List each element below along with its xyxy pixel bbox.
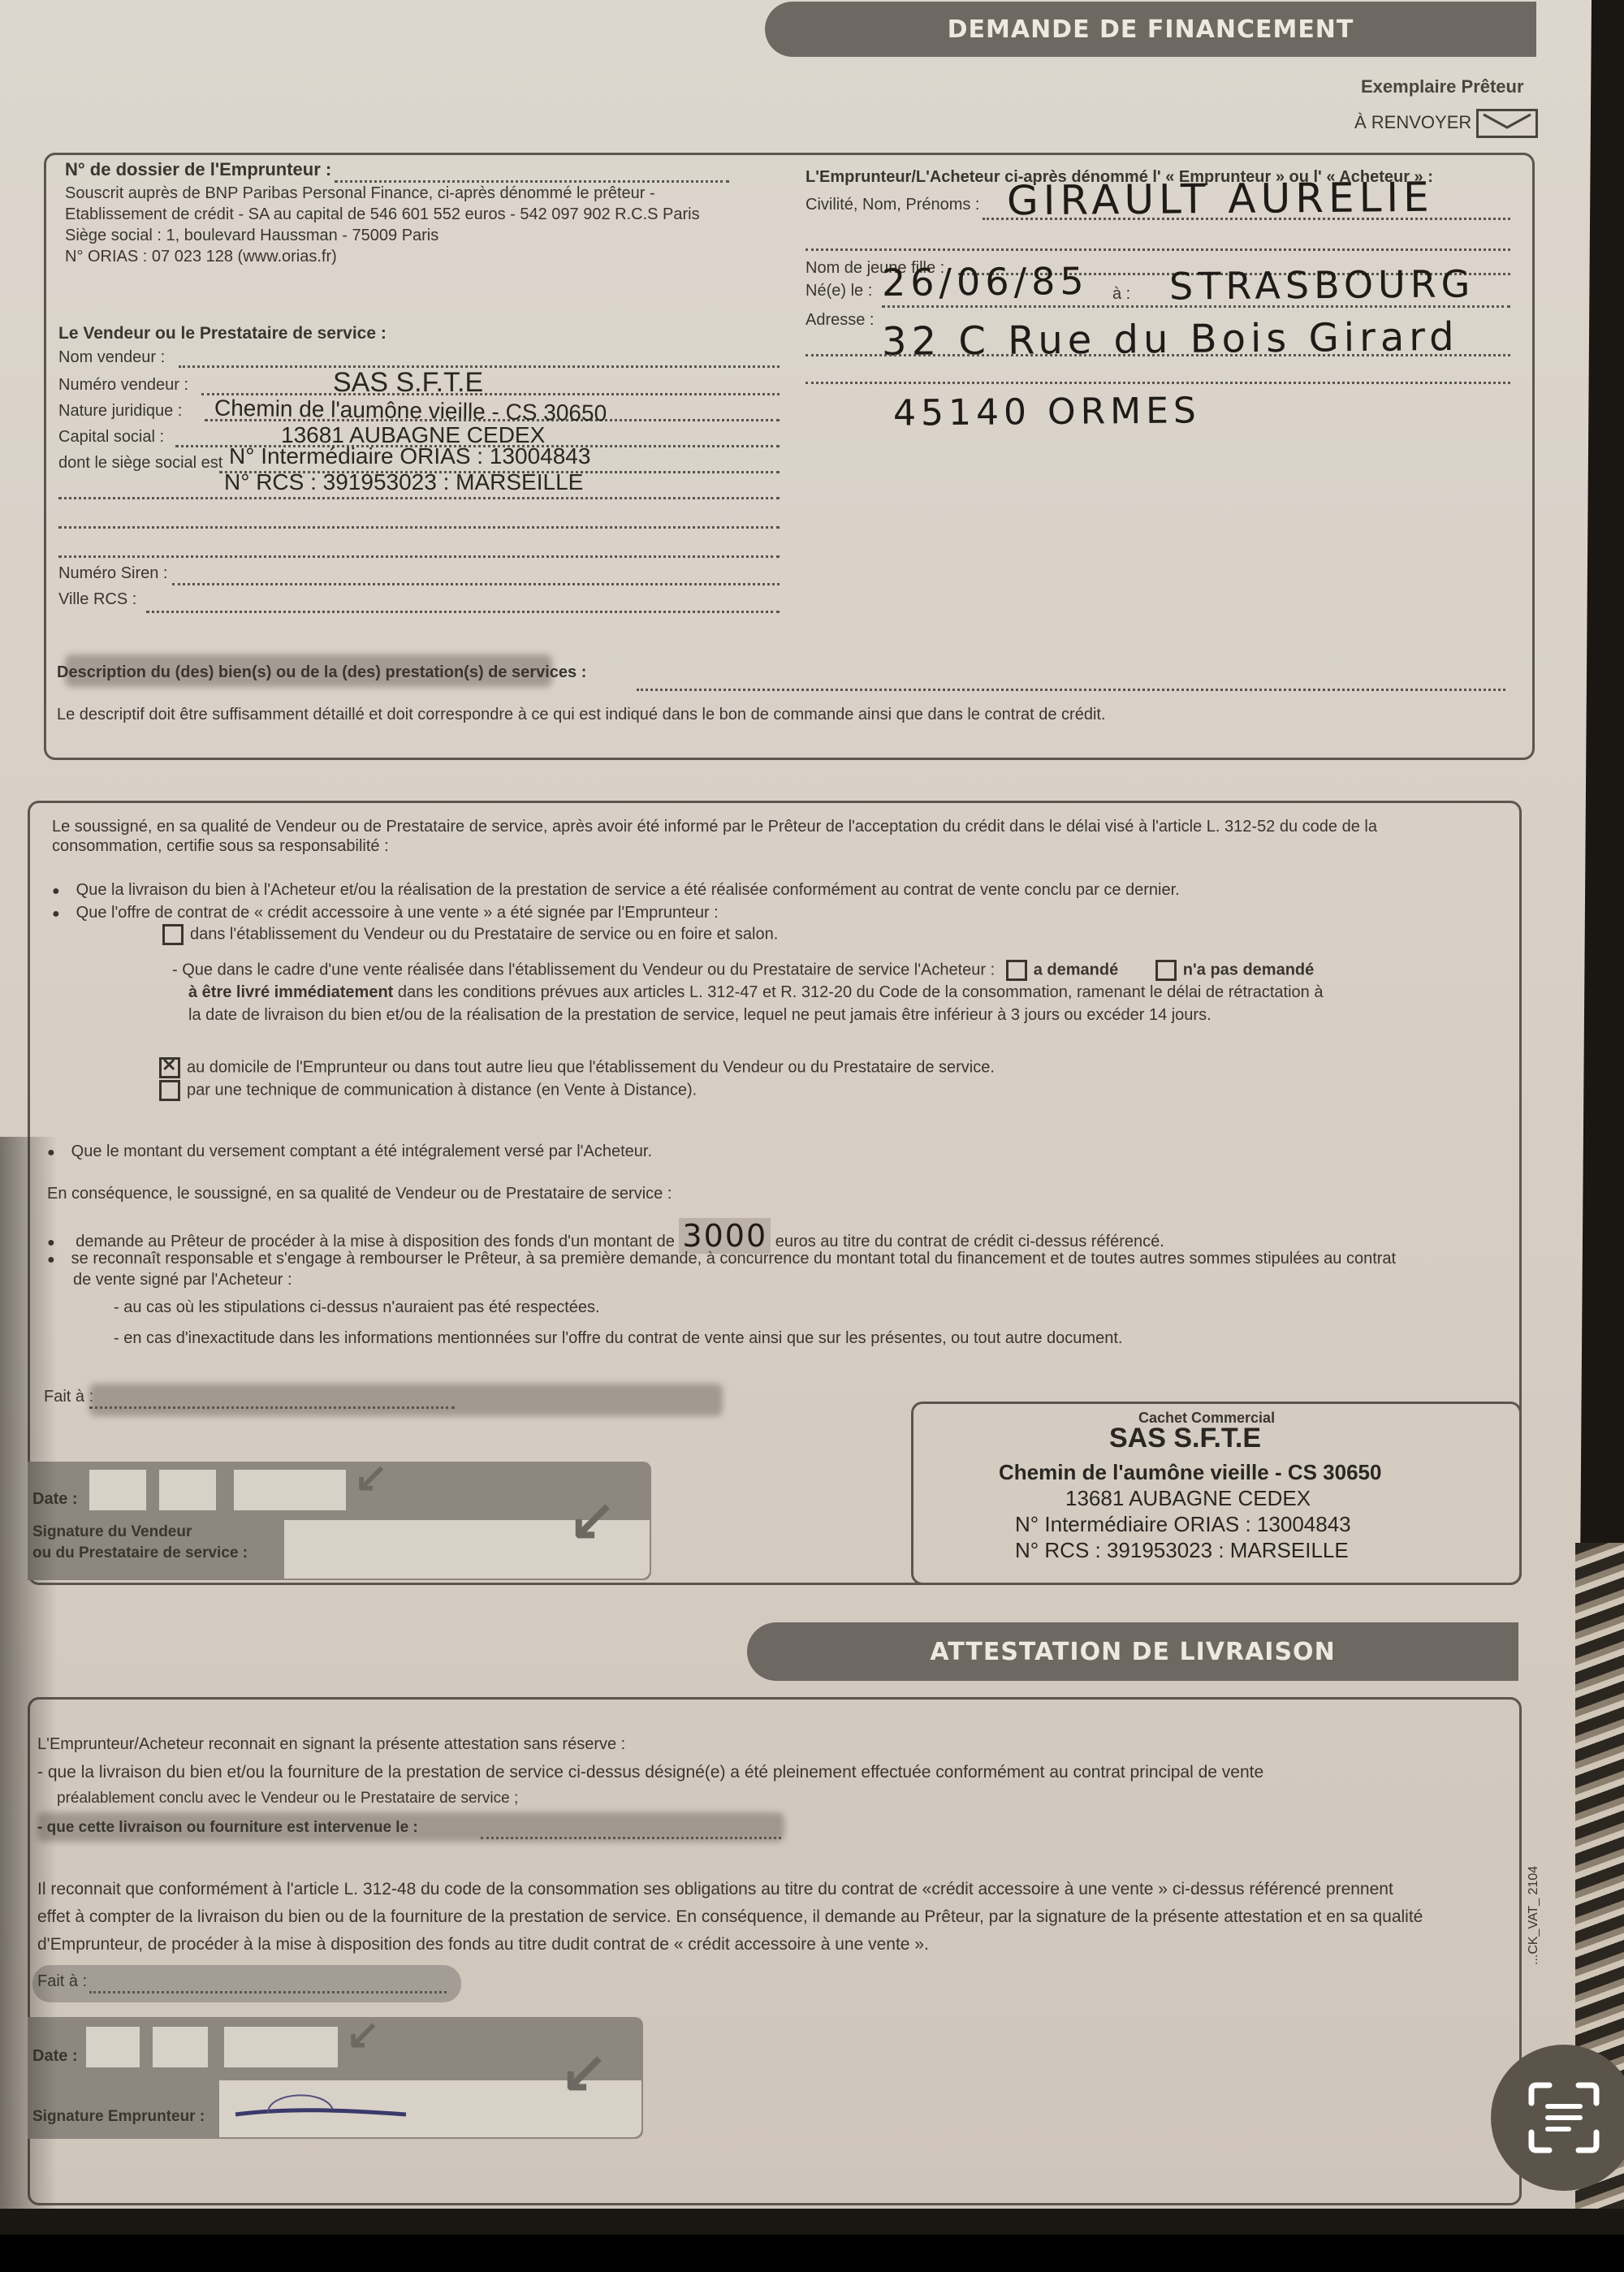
sub-line-3: la date de livraison du bien et/ou de la… <box>188 1005 1212 1025</box>
description-field[interactable] <box>637 689 1505 691</box>
dossier-label: N° de dossier de l'Emprunteur : <box>65 159 331 180</box>
birth-place-value[interactable]: STRASBOURG <box>1169 261 1475 308</box>
seller-date-month[interactable] <box>159 1470 216 1510</box>
option-domicile: au domicile de l'Emprunteur ou dans tout… <box>159 1057 995 1078</box>
siren-field[interactable] <box>172 583 780 585</box>
lender-line-1: Souscrit auprès de BNP Paribas Personal … <box>65 184 655 203</box>
lender-line-2: Etablissement de crédit - SA au capital … <box>65 205 700 224</box>
born-place-separator: à : <box>1112 284 1130 304</box>
seller-field-label-3: Capital social : <box>58 427 164 447</box>
cert-intro-2: consommation, certifie sous sa responsab… <box>52 836 389 856</box>
address-line-1-value[interactable]: 32 C Rue du Bois Girard <box>882 314 1459 365</box>
attestation-title: ATTESTATION DE LIVRAISON <box>930 1638 1335 1666</box>
address-line-2 <box>806 382 1510 384</box>
attestation-para-1: Il reconnait que conformément à l'articl… <box>37 1879 1393 1899</box>
checkbox-na-pas-demande[interactable] <box>1155 960 1177 981</box>
shadow <box>0 1137 57 2209</box>
arrow-icon: ↙ <box>560 2038 608 2105</box>
borrower-date-month[interactable] <box>153 2027 208 2067</box>
seller-line-7 <box>58 555 780 558</box>
redaction-blur-2 <box>89 1384 723 1416</box>
return-text: À RENVOYER <box>1354 112 1471 132</box>
attestation-para-3: d'Emprunteur, de procéder à la mise à di… <box>37 1934 929 1955</box>
document-title: DEMANDE DE FINANCEMENT <box>948 15 1354 44</box>
arrow-icon: ↙ <box>568 1486 616 1553</box>
description-label: Description du (des) bien(s) ou de la (d… <box>57 663 586 682</box>
stamp-line-1: Chemin de l'aumône vieille - CS 30650 <box>999 1460 1381 1485</box>
cert-bullet-1: Que la livraison du bien à l'Acheteur et… <box>52 880 1180 900</box>
consequence-text: En conséquence, le soussigné, en sa qual… <box>47 1184 672 1203</box>
borrower-sig-label: Signature Emprunteur : <box>32 2108 205 2127</box>
attestation-line-2: - que cette livraison ou fourniture est … <box>37 1819 418 1838</box>
case-2: - en cas d'inexactitude dans les informa… <box>114 1328 1122 1348</box>
copy-label: Exemplaire Prêteur <box>1361 76 1524 97</box>
seller-sig-label-2: ou du Prestataire de service : <box>32 1544 248 1563</box>
amount-prefix: demande au Prêteur de procéder à la mise… <box>76 1233 675 1250</box>
stamp-line-3: N° Intermédiaire ORIAS : 13004843 <box>1015 1512 1351 1537</box>
envelope-icon <box>1476 109 1538 138</box>
sub-line-2-bold: à être livré immédiatement <box>188 983 393 1001</box>
name-label: Civilité, Nom, Prénoms : <box>806 195 980 214</box>
delivery-date-field[interactable] <box>481 1837 781 1839</box>
option-distance-label: par une technique de communication à dis… <box>187 1081 697 1099</box>
sub-line-2-text: dans les conditions prévues aux articles… <box>398 983 1324 1001</box>
attestation-line-1b: préalablement conclu avec le Vendeur ou … <box>57 1790 518 1808</box>
checkbox-domicile[interactable] <box>159 1057 180 1078</box>
ville-rcs-label: Ville RCS : <box>58 590 136 609</box>
address-line-1 <box>806 354 1510 356</box>
seller-heading: Le Vendeur ou le Prestataire de service … <box>58 323 387 343</box>
a-demande-label: a demandé <box>1034 961 1118 978</box>
cert-bullet-2: Que l'offre de contrat de « crédit acces… <box>52 903 719 922</box>
attestation-line-1: - que la livraison du bien et/ou la four… <box>37 1762 1263 1782</box>
margin-code: ...CK_VAT_ 2104 <box>1527 1866 1541 1965</box>
address-label: Adresse : <box>806 310 874 330</box>
cert-bullet-3: Que le montant du versement comptant a é… <box>47 1142 652 1161</box>
na-pas-demande-label: n'a pas demandé <box>1183 961 1314 978</box>
seller-field-label-2: Nature juridique : <box>58 401 182 421</box>
born-label: Né(e) le : <box>806 281 872 300</box>
seller-field-label-0: Nom vendeur : <box>58 348 165 367</box>
return-label: À RENVOYER <box>1354 109 1538 138</box>
attestation-para-2: effet à compter de la livraison du bien … <box>37 1907 1423 1927</box>
borrower-fait-panel <box>32 1965 461 2002</box>
lender-line-3: Siège social : 1, boulevard Haussman - 7… <box>65 226 438 245</box>
born-line <box>882 305 1510 308</box>
stamp-line-2: 13681 AUBAGNE CEDEX <box>1065 1486 1311 1511</box>
document-page: DEMANDE DE FINANCEMENT Exemplaire Prêteu… <box>0 0 1592 2209</box>
seller-stamp-name: SAS S.F.T.E <box>333 367 483 399</box>
dossier-field[interactable] <box>335 180 729 183</box>
option-establishment-label: dans l'établissement du Vendeur ou du Pr… <box>190 925 778 943</box>
seller-line-5 <box>58 497 780 499</box>
seller-line-6 <box>58 526 780 529</box>
seller-line-1 <box>201 393 780 395</box>
amount-suffix: euros au titre du contrat de crédit ci-d… <box>775 1233 1164 1250</box>
name-line-2 <box>806 248 1510 251</box>
address-line-2-value[interactable]: 45140 ORMES <box>893 390 1201 434</box>
seller-fait-field[interactable] <box>89 1406 455 1409</box>
siren-label: Numéro Siren : <box>58 564 168 583</box>
arrow-icon: ↙ <box>346 2011 380 2058</box>
borrower-fait-field[interactable] <box>89 1991 447 1993</box>
stamp-name: SAS S.F.T.E <box>1109 1423 1261 1454</box>
description-note: Le descriptif doit être suffisamment dét… <box>57 705 1106 724</box>
stamp-line-4: N° RCS : 391953023 : MARSEILLE <box>1015 1538 1349 1563</box>
seller-stamp-rcs: N° RCS : 391953023 : MARSEILLE <box>224 469 583 495</box>
checkbox-a-demande[interactable] <box>1006 960 1027 981</box>
title-banner: DEMANDE DE FINANCEMENT <box>765 2 1536 57</box>
ville-rcs-field[interactable] <box>146 611 780 613</box>
attestation-intro: L'Emprunteur/Acheteur reconnait en signa… <box>37 1734 625 1754</box>
attestation-banner: ATTESTATION DE LIVRAISON <box>747 1622 1518 1681</box>
seller-field-label-1: Numéro vendeur : <box>58 375 188 395</box>
borrower-name-value[interactable]: GIRAULT AURELIE <box>1007 174 1434 225</box>
birth-date-value[interactable]: 26/06/85 <box>882 259 1089 305</box>
sub-line-2: à être livré immédiatement dans les cond… <box>188 983 1323 1002</box>
cert-intro-1: Le soussigné, en sa qualité de Vendeur o… <box>52 817 1377 836</box>
option-domicile-label: au domicile de l'Emprunteur ou dans tout… <box>187 1058 995 1076</box>
seller-date-year[interactable] <box>234 1470 346 1510</box>
checkbox-distance[interactable] <box>159 1080 180 1101</box>
seller-stamp-orias: N° Intermédiaire ORIAS : 13004843 <box>229 443 590 469</box>
cert-bullet-5b: de vente signé par l'Acheteur : <box>73 1270 292 1289</box>
seller-field-label-4: dont le siège social est <box>58 453 222 473</box>
bottom-bar <box>0 2235 1624 2272</box>
case-1: - au cas où les stipulations ci-dessus n… <box>114 1298 600 1317</box>
borrower-date-year[interactable] <box>224 2027 338 2067</box>
option-distance: par une technique de communication à dis… <box>159 1080 697 1101</box>
option-establishment: dans l'établissement du Vendeur ou du Pr… <box>162 924 778 945</box>
sub-line-1: - Que dans le cadre d'une vente réalisée… <box>172 960 1314 981</box>
cert-bullet-5: se reconnaît responsable et s'engage à r… <box>47 1249 1396 1268</box>
checkbox-establishment[interactable] <box>162 924 184 945</box>
lender-line-4: N° ORIAS : 07 023 128 (www.orias.fr) <box>65 247 337 266</box>
arrow-icon: ↙ <box>354 1453 388 1501</box>
sub-line-1-text: - Que dans le cadre d'une vente réalisée… <box>172 961 995 978</box>
text-scan-icon <box>1523 2077 1605 2158</box>
borrower-date-day[interactable] <box>86 2027 140 2067</box>
seller-date-day[interactable] <box>89 1470 146 1510</box>
